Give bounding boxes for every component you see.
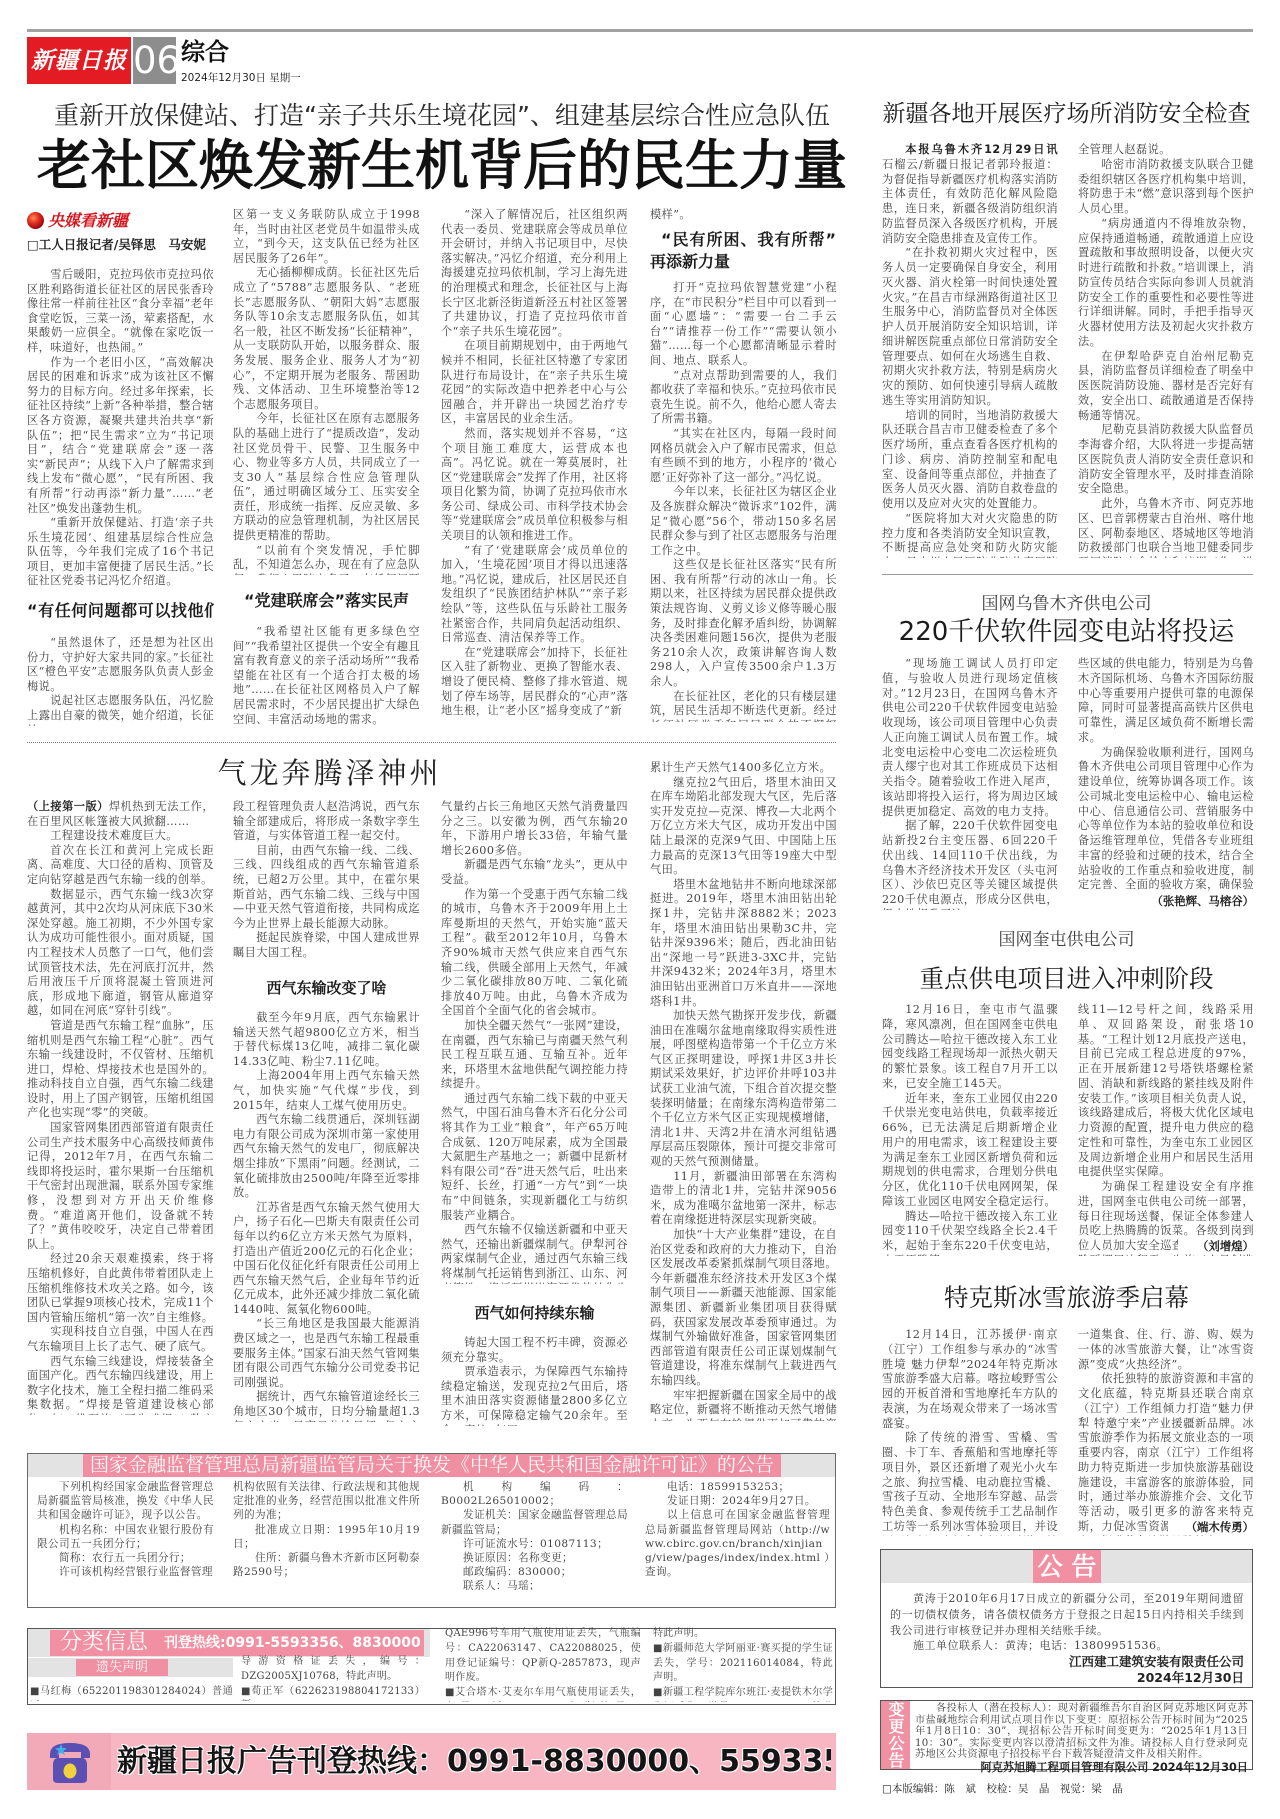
- paragraph: 各投标人（潜在投标人）：现对新疆维吾尔自治区阿克苏地区阿克苏市盐碱地综合利用试点…: [915, 1703, 1248, 1761]
- feature-column-2a: 段工程管理负责人赵浩鸿说，西气东输全部建成后，将形成一条数字孪生管道，与实体管道…: [233, 800, 420, 962]
- paragraph: 机构编码：B0002L265010002；: [441, 1480, 628, 1508]
- continued-from-label: （上接第一版）: [27, 800, 109, 813]
- paragraph: 许可证流水号：01087113；: [441, 1537, 628, 1551]
- telephone-icon: [47, 1739, 93, 1785]
- paragraph: 住所：新疆乌鲁木齐新市区阿勒泰路2590号；: [233, 1551, 420, 1579]
- paragraph: “重新开放保健站、打造‘亲子共乐生境花园’、组建基层综合性应急队伍等，今年我们完…: [27, 516, 214, 589]
- classified-item: 导游资格证丢失，编号：DZG2005XJ10768，特此声明。: [241, 1655, 425, 1685]
- top-rule: [27, 29, 1253, 32]
- paragraph: 为确保验收顺利进行，国网乌鲁木齐供电公司项目管理中心作为建设单位，统筹协调各项工…: [1078, 746, 1254, 894]
- paragraph: “其实在社区内，每隔一段时间网格员就会入户了解市民需求，但总有些顾不到的地方，小…: [650, 427, 837, 485]
- banner-text: 新疆日报广告刊登热线：0991-8830000、5593356: [117, 1733, 831, 1790]
- classified-item: 特此声明。: [653, 1627, 833, 1642]
- paragraph: 这些仅是长征社区落实“民有所困、我有所帮”行动的冰山一角。长期以来，社区持续为居…: [650, 558, 837, 689]
- paragraph-continued: 全管理人赵磊说。: [1078, 143, 1254, 158]
- tekes-headline: 特克斯冰雪旅游季启幕: [880, 1283, 1253, 1313]
- kuitun-column-2: 线11—12号杆之间，线路采用单、双回路架设，耐张塔10基。“工程计划12月底投…: [1078, 1003, 1254, 1256]
- tekes-column-2: 一道集食、住、行、游、购、娱为一体的冰雪旅游大餐，让“冰雪资源”变成“火热经济”…: [1078, 1328, 1254, 1536]
- feature-column-4: 累计生产天然气1400多亿立方米。 继克拉2气田后，塔里木油田又在库车坳陷北部发…: [650, 761, 837, 1421]
- feature-column-3a: 气量约占长三角地区天然气消费量四分之三。以安徽为例，西气东输20年，下游用户增长…: [441, 800, 628, 1284]
- paragraph: “点对点帮助到需要的人，我们都收获了幸福和快乐。”克拉玛依市民袁先生说。前不久，…: [650, 369, 837, 427]
- classifieds-column-4: 特此声明。 ■新疆师范大学阿丽亚·赛买提的学生证丢失，学号：2021160140…: [653, 1627, 833, 1702]
- paragraph-continued: 模样”。: [650, 208, 837, 223]
- classifieds-column-1: ■马红梅（652201198301284024）普通话: [30, 1685, 233, 1701]
- paragraph: 换证原因：名称变更；: [441, 1551, 628, 1565]
- paragraph: 贾承造表示，为保障西气东输持续稳定输送，发现克拉2气田后，塔里木油田落实资源储量…: [441, 1365, 628, 1426]
- substation-column-2: 些区域的供电能力，特别是为乌鲁木齐国际机场、乌鲁木齐国际纺服中心等重要用户提供可…: [1078, 657, 1254, 893]
- paragraph: 11月，新疆油田部署在东湾构造带上的清北1井，完钻井深9056米，成为准噶尔盆地…: [650, 1170, 837, 1228]
- paragraph: 电话：18599153253；: [645, 1480, 830, 1494]
- paragraph: “医院将加大对火灾隐患的防控力度和各类消防安全知识宣教，不断提高应急处突和防火防…: [882, 512, 1058, 558]
- paragraph: 联系人：马瑶；: [441, 1579, 628, 1590]
- paragraph: 尼勒克县消防救援大队监督员李海睿介绍，大队将进一步提高辖区医院负责人消防安全责任…: [1078, 423, 1254, 497]
- paragraph: “现场施工调试人员打印定值，与验收人员进行现场定值核对。”12月23日，在国网乌…: [882, 657, 1058, 819]
- author-credit: （端木传勇）: [1168, 1520, 1254, 1535]
- subheading-line-2: 再添新力量: [650, 251, 837, 272]
- paragraph: 工程建设技术难度巨大。: [27, 829, 214, 844]
- paragraph: 许可该机构经营银行业监督管理: [37, 1565, 214, 1579]
- classified-item: QAE996号车用气瓶使用证丢失，气瓶编号：CA22063147、CA22088…: [445, 1627, 641, 1686]
- classified-item: ■艾合塔木·艾麦尔车用气瓶使用证丢失，车号：新O1500L，气瓶编号：FRF07…: [445, 1686, 641, 1702]
- dotted-divider: [27, 742, 836, 743]
- paragraph: 此外，乌鲁木齐市、阿克苏地区、巴音郭楞蒙古自治州、喀什地区、阿勒泰地区、塔城地区…: [1078, 497, 1254, 558]
- paragraph: 西气东输不仅输送新疆和中亚天然气，还输出新疆煤制气。伊犁河谷两家煤制气企业，通过…: [441, 1223, 628, 1284]
- paragraph: 培训的同时，当地消防救援大队还联合昌吉市卫健委检查了多个医疗场所，重点查看各医疗…: [882, 409, 1058, 512]
- paragraph-continued: 一道集食、住、行、游、购、娱为一体的冰雪旅游大餐，让“冰雪资源”变成“火热经济”…: [1078, 1328, 1254, 1372]
- paragraph: 西气东输三线建设，焊接装备全面国产化。西气东输四线建设，用上数字化技术，施工全程…: [27, 1355, 214, 1415]
- feature-headline: 气龙奔腾泽神州: [27, 755, 632, 791]
- lead-column-1b: “虽然退休了，还是想为社区出份力，守护好大家共同的家。”长征社区“橙色平安”志愿…: [27, 636, 214, 726]
- author-credit: （刘增煌）: [1178, 1239, 1254, 1254]
- kuitun-column-1: 12月16日，奎屯市气温骤降，寒风凛冽，但在国网奎屯供电公司腾达—哈拉干德改接入…: [882, 1003, 1058, 1256]
- subheading: “有任何问题都可以找他们”: [27, 598, 214, 624]
- paragraph: “病房通道内不得堆放杂物，应保持通道畅通，疏散通道上应设置疏散和事故照明设备，以…: [1078, 217, 1254, 350]
- notice-title: 公 告: [1033, 1550, 1101, 1583]
- paragraph: 批准成立日期：1995年10月19日；: [233, 1523, 420, 1551]
- lead-kicker: 重新开放保健站、打造“亲子共乐生境花园”、组建基层综合性应急队伍: [27, 101, 857, 131]
- paragraph: 挺起民族脊梁，中国人建成世界瞩目大国工程。: [233, 931, 420, 960]
- feature-column-1: （上接第一版）焊机热到无法工作，在百里风区帐篷被大风掀翻…… 工程建设技术难度巨…: [27, 800, 214, 1415]
- paragraph: 继克拉2气田后，塔里木油田又在库车坳陷北部发现大气区，先后落实开发克拉—克深、博…: [650, 776, 837, 878]
- editor-credits: □本版编辑：陈 斌 校检：吴 晶 视觉：梁 晶: [882, 1783, 1123, 1796]
- logo-text: 新疆日报: [31, 47, 127, 74]
- fire-safety-column-2: 全管理人赵磊说。 哈密市消防救援支队联合卫健委组织辖区各医疗机构集中培训，将防患…: [1078, 143, 1254, 558]
- paragraph: 施工单位联系人：黄涛；电话：13809951536。: [890, 1638, 1244, 1654]
- paragraph-continued: 段工程管理负责人赵浩鸿说，西气东输全部建成后，将形成一条数字孪生管道，与实体管道…: [233, 800, 420, 844]
- lead-column-4a: 模样”。: [650, 208, 837, 224]
- issue-date: 2024年12月30日 星期一: [181, 72, 301, 84]
- author-credit: （张艳辉、马榕谷）: [1078, 894, 1254, 909]
- paragraph: 打开“克拉玛依智慧党建”小程序，在“市民积分”栏目中可以看到一面“心愿墙”：“需…: [650, 281, 837, 369]
- paragraph: 腾达—哈拉干德改接入东工业园变110千伏架空线路全长2.4千米，起始于奎东220…: [882, 1210, 1058, 1257]
- paragraph: 上海2004年用上西气东输天然气，加快实施“气代煤”步伐，到2015年，结束人工…: [233, 1069, 420, 1113]
- paragraph: 哈密市消防救援支队联合卫健委组织辖区各医疗机构集中培训，将防患于未“燃”意识落到…: [1078, 158, 1254, 217]
- notice-signature-company: 江西建工建筑安装有限责任公司: [890, 1654, 1244, 1670]
- lead-column-2a: 区第一支义务联防队成立于1998年，当时由社区老党员牛如温带头成立，“到今天，这…: [233, 208, 420, 575]
- paragraph: 加快全疆天然气“一张网”建设，在南疆，西气东输已与南疆天然气利民工程互联互通、互…: [441, 1019, 628, 1092]
- paragraph: 在伊犁哈萨克自治州尼勒克县，消防监督员详细检查了明垒中医医院消防设施、器材是否完…: [1078, 350, 1254, 424]
- paragraph: 今年，长征社区在原有志愿服务队的基础上进行了“提质改造”，发动社区党员骨干、民警…: [233, 412, 420, 543]
- paragraph: 经过20余天艰难摸索，终于将压缩机修好，自此黄伟带着团队走上压缩机维修技术攻关之…: [27, 1252, 214, 1325]
- paragraph-continued: 机构依照有关法律、行政法规和其他规定批准的业务，经营范围以批准文件所列的为准；: [233, 1480, 420, 1523]
- paragraph: 江苏省是西气东输天然气使用大户，扬子石化—巴斯夫有限责任公司每年以约6亿立方米天…: [233, 1201, 420, 1318]
- finance-column-2: 机构依照有关法律、行政法规和其他规定批准的业务，经营范围以批准文件所列的为准； …: [233, 1480, 420, 1590]
- kuitun-kicker: 国网奎屯供电公司: [880, 929, 1253, 951]
- paragraph: 无心插柳柳成荫。长征社区先后成立了“5788”志愿服务队、“老班长”志愿服务队、…: [233, 266, 420, 412]
- paragraph: 12月14日，江苏援伊·南京（江宁）工作组参与承办的“冰雪胜境 魅力伊犁”202…: [882, 1328, 1058, 1431]
- change-notice-signature: 阿克苏旭腾工程项目管理有限公司 2024年12月30日: [915, 1761, 1248, 1774]
- section-title: 综合: [181, 39, 229, 66]
- public-notice: 公 告 黄涛于2010年6月17日成立的新疆分公司，至2019年期间遗留的一切债…: [880, 1549, 1253, 1688]
- change-notice: 变更公告 各投标人（潜在投标人）：现对新疆维吾尔自治区阿克苏地区阿克苏市盐碱地综…: [880, 1700, 1253, 1770]
- page-number: 06: [133, 37, 176, 84]
- paragraph: “深入了解情况后，社区组织两代表一委员、党建联席会等成员单位开会研讨，并纳入书记…: [441, 208, 628, 339]
- paragraph-continued: 累计生产天然气1400多亿立方米。: [650, 761, 837, 776]
- lost-notice-label: 遗失声明: [76, 1659, 168, 1676]
- paragraph: 在项目前期规划中，由于两地气候并不相同，长征社区特邀了专家团队进行布局设计，在“…: [441, 339, 628, 427]
- notice-signature-date: 2024年12月30日: [890, 1670, 1244, 1686]
- classifieds-hotline: 刊登热线:0991-5593356、8830000: [164, 1630, 421, 1656]
- paragraph: “有了‘党建联席会’成员单位的加入，‘生境花园’项目才得以迅速落地。”冯忆说，建…: [441, 544, 628, 646]
- paragraph: 说起社区志愿服务队伍，冯忆脸上露出自豪的微笑，她介绍道，长征社: [27, 694, 214, 726]
- classifieds-header: 分类信息 刊登热线:0991-5593356、8830000: [50, 1630, 424, 1656]
- paragraph: 西气东输二线贯通后，深圳钰湖电力有限公司成为深圳市第一家使用西气东输天然气的发电…: [233, 1113, 420, 1201]
- newspaper-logo: 新疆日报: [27, 37, 131, 84]
- section-divider: [882, 574, 1253, 575]
- paragraph: “在扑救初期火灾过程中，医务人员一定要确保自身安全，利用灭火器、消火栓第一时间快…: [882, 246, 1058, 408]
- paragraph-continued: 区第一支义务联防队成立于1998年，当时由社区老党员牛如温带头成立，“到今天，这…: [233, 208, 420, 266]
- paragraph: 发证日期：2024年9月27日。: [645, 1494, 830, 1508]
- paragraph: 实现科技自立自强，中国人在西气东输项目上长了志气、硬了底气。: [27, 1325, 214, 1354]
- substation-headline: 220千伏软件园变电站将投运: [880, 617, 1253, 647]
- paragraph-text: 在长征社区，老化的只有楼层建筑，居民生活却不断迭代更新。经过长征社区党委和居民群…: [650, 690, 837, 722]
- classified-item: ■荀正军（622623198804172133）新: [241, 1685, 425, 1701]
- finance-column-3: 机构编码：B0002L265010002； 发证机关：国家金融监督管理总局新疆监…: [441, 1480, 628, 1590]
- classified-item: ■马红梅（652201198301284024）普通话: [30, 1685, 233, 1701]
- paragraph: 牢牢把握新疆在国家全局中的战略定位，新疆将不断推动天然气增储上产，为西气东输提供…: [650, 1389, 837, 1421]
- subheading-line-1: “民有所困、我有所帮”: [650, 229, 837, 250]
- paragraph: 黄涛于2010年6月17日成立的新疆分公司，至2019年期间遗留的一切债权债务，…: [890, 1591, 1244, 1638]
- byline: □工人日报记者/吴铎思 马安妮: [27, 237, 206, 252]
- feature-column-2b: 截至今年9月底，西气东输累计输送天然气超9800亿立方米，相当于替代标煤13亿吨…: [233, 1011, 420, 1422]
- paragraph: 依托独特的旅游资源和丰富的文化底蕴，特克斯县还联合南京（江宁）工作组倾力打造“魅…: [1078, 1372, 1254, 1536]
- subheading: “党建联席会”落实民声: [233, 588, 420, 614]
- lead-column-2b: “我希望社区能有更多绿色空间”“我希望社区提供一个安全有趣且富有教育意义的亲子活…: [233, 625, 420, 729]
- fire-safety-headline: 新疆各地开展医疗场所消防安全检查: [880, 99, 1253, 129]
- paragraph: 作为一个老旧小区，“高效解决居民的困难和诉求”成为该社区不懈努力的目标方向。经过…: [27, 356, 214, 517]
- fire-safety-column-1: 本报乌鲁木齐12月29日讯 石榴云/新疆日报记者郭玲报道：为督促指导新疆医疗机构…: [882, 143, 1058, 558]
- paragraph: 加快“十大产业集群”建设，在自治区党委和政府的大力推动下，自治区发展改革委紧抓煤…: [650, 1228, 837, 1389]
- paragraph: 12月16日，奎屯市气温骤降，寒风凛冽，但在国网奎屯供电公司腾达—哈拉干德改接入…: [882, 1003, 1058, 1092]
- tekes-column-1: 12月14日，江苏援伊·南京（江宁）工作组参与承办的“冰雪胜境 魅力伊犁”202…: [882, 1328, 1058, 1536]
- notice-body: 黄涛于2010年6月17日成立的新疆分公司，至2019年期间遗留的一切债权债务，…: [890, 1591, 1244, 1686]
- feature-column-3b: 铸起大国工程不朽丰碑，资源必须充分靠实。 贾承造表示，为保障西气东输持续稳定输送…: [441, 1336, 628, 1426]
- column-brand: 央媒看新疆: [27, 211, 128, 230]
- classified-item: ■新疆师范大学阿丽亚·赛买提的学生证丢失，学号：202116014084，特此声…: [653, 1642, 833, 1686]
- paragraph: 本报乌鲁木齐12月29日讯 石榴云/新疆日报记者郭玲报道：为督促指导新疆医疗机构…: [882, 143, 1058, 246]
- paragraph-continued: 线11—12号杆之间，线路采用单、双回路架设，耐张塔10基。“工程计划12月底投…: [1078, 1003, 1254, 1180]
- paragraph: 作为第一个受惠于西气东输二线的城市，乌鲁木齐于2009年用上土库曼斯坦的天然气，…: [441, 888, 628, 1019]
- paragraph: 据了解，220千伏软件园变电站新投2台主变压器、6回220千伏出线、14回110…: [882, 819, 1058, 910]
- paragraph: 近年来，奎东工业园仅由220千伏崇光变电站供电，负载率接近66%，已无法满足后期…: [882, 1092, 1058, 1210]
- red-sphere-icon: [27, 212, 44, 229]
- paragraph: 数据显示，西气东输一线3次穿越黄河，其中2次均从河床底下30米深处穿越。施工初期…: [27, 888, 214, 1019]
- classifieds-title: 分类信息: [60, 1630, 148, 1656]
- paragraph: 加快天然气勘探开发步伐，新疆油田在准噶尔盆地南缘取得实质性进展，呼图壁构造带第一…: [650, 1009, 837, 1170]
- finance-column-4: 电话：18599153253； 发证日期：2024年9月27日。 以上信息可在国…: [645, 1480, 830, 1590]
- classifieds-column-3: QAE996号车用气瓶使用证丢失，气瓶编号：CA22063147、CA22088…: [445, 1627, 641, 1702]
- lead-column-3: “深入了解情况后，社区组织两代表一委员、党建联席会等成员单位开会研讨，并纳入书记…: [441, 208, 628, 721]
- paragraph: 铸起大国工程不朽丰碑，资源必须充分靠实。: [441, 1336, 628, 1365]
- paragraph: 发证机关：国家金融监督管理总局新疆监管局；: [441, 1508, 628, 1536]
- change-notice-body: 各投标人（潜在投标人）：现对新疆维吾尔自治区阿克苏地区阿克苏市盐碱地综合利用试点…: [915, 1703, 1248, 1774]
- classifieds-column-2: 导游资格证丢失，编号：DZG2005XJ10768，特此声明。 ■荀正军（622…: [241, 1655, 425, 1701]
- brand-label: 央媒看新疆: [48, 211, 128, 230]
- finance-column-1: 下列机构经国家金融监督管理总局新疆监管局核准，换发《中华人民共和国金融许可证》，…: [37, 1480, 214, 1590]
- substation-column-1: “现场施工调试人员打印定值，与验收人员进行现场定值核对。”12月23日，在国网乌…: [882, 657, 1058, 910]
- paragraph: “长三角地区是我国最大能源消费区域之一，也是西气东输工程最重要服务主体。”国家石…: [233, 1317, 420, 1390]
- paragraph: 然而，落实规划并不容易，“这个项目施工难度大，运营成本也高”。冯忆说。就在一筹莫…: [441, 427, 628, 544]
- paragraph-text: 石榴云/新疆日报记者郭玲报道：为督促指导新疆医疗机构落实消防主体责任，有效防范化…: [882, 158, 1058, 245]
- paragraph: 简称：农行五一兵团分行；: [37, 1551, 214, 1565]
- paragraph-continued: 些区域的供电能力，特别是为乌鲁木齐国际机场、乌鲁木齐国际纺服中心等重要用户提供可…: [1078, 657, 1254, 746]
- paragraph: 邮政编码：830000；: [441, 1565, 628, 1579]
- lead-column-1a: 雪后暖阳，克拉玛依市克拉玛依区胜利路街道长征社区的居民张香玲像往常一样前往社区“…: [27, 268, 214, 591]
- paragraph: 以上信息可在国家金融监督管理总局新疆监督管理局网站（http://www.cbi…: [645, 1508, 830, 1579]
- paragraph-continued: 气量约占长三角地区天然气消费量四分之三。以安徽为例，西气东输20年，下游用户增长…: [441, 800, 628, 858]
- paragraph: 机构名称：中国农业银行股份有限公司五一兵团分行；: [37, 1523, 214, 1551]
- subheading: 西气东输改变了啥: [233, 975, 420, 1001]
- change-notice-label: 变更公告: [881, 1701, 910, 1769]
- paragraph: 据统计，西气东输管道途经长三角地区30个城市，日均分输量超1.3亿立方米，最高日…: [233, 1390, 420, 1422]
- paragraph: “虽然退休了，还是想为社区出份力，守护好大家共同的家。”长征社区“橙色平安”志愿…: [27, 636, 214, 694]
- paragraph: 在长征社区，老化的只有楼层建筑，居民生活却不断迭代更新。经过长征社区党委和居民群…: [650, 690, 837, 722]
- paragraph: 在“党建联席会”加持下，长征社区入驻了新物业、更换了智能水表、增设了便民椅、整修…: [441, 646, 628, 719]
- ad-hotline-banner: 新疆日报广告刊登热线：0991-8830000、5593356: [27, 1733, 836, 1790]
- kuitun-headline: 重点供电项目进入冲刺阶段: [880, 964, 1253, 994]
- paragraph: 今年以来，长征社区为辖区企业及各族群众解决“微诉求”102件，满足“微心愿”56…: [650, 485, 837, 558]
- paragraph: 下列机构经国家金融监督管理总局新疆监管局核准，换发《中华人民共和国金融许可证》，…: [37, 1480, 214, 1523]
- paragraph: 管道是西气东输工程“血脉”，压缩机则是西气东输工程“心脏”。西气东输一线建设时，…: [27, 1019, 214, 1121]
- notice-title: 国家金融监督管理总局新疆监管局关于换发《中华人民共和国金融许可证》的公告: [83, 1454, 781, 1477]
- paragraph: “我希望社区能有更多绿色空间”“我希望社区提供一个安全有趣且富有教育意义的亲子活…: [233, 625, 420, 727]
- classified-item: ■新疆工程学院库尔班江·麦提铁木尔学生证丢失，学号：202221249，特此声明…: [653, 1686, 833, 1702]
- paragraph: “以前有个突发情况，手忙脚乱，不知道怎么办，现在有了应急队伍，我们心里踏实多了，…: [233, 544, 420, 575]
- paragraph-continued: （上接第一版）焊机热到无法工作，在百里风区帐篷被大风掀翻……: [27, 800, 214, 829]
- paragraph: 新疆是西气东输“龙头”，更从中受益。: [441, 858, 628, 887]
- paragraph: 国家管网集团西部管道有限责任公司生产技术服务中心高级技师黄伟记得，2012年7月…: [27, 1121, 214, 1252]
- substation-kicker: 国网乌鲁木齐供电公司: [880, 593, 1253, 615]
- lead-headline: 老社区焕发新生机背后的民生力量: [27, 136, 857, 196]
- paragraph: 通过西气东输二线下载的中亚天然气，中国石油乌鲁木齐石化分公司将其作为工业“粮食”…: [441, 1092, 628, 1223]
- paragraph: 塔里木盆地钻井不断向地球深部挺进。2019年，塔里木油田钻出轮探1井，完钻井深8…: [650, 878, 837, 1009]
- paragraph: 雪后暖阳，克拉玛依市克拉玛依区胜利路街道长征社区的居民张香玲像往常一样前往社区“…: [27, 268, 214, 356]
- lead-column-4b: 打开“克拉玛依智慧党建”小程序，在“市民积分”栏目中可以看到一面“心愿墙”：“需…: [650, 281, 837, 722]
- paragraph: 截至今年9月底，西气东输累计输送天然气超9800亿立方米，相当于替代标煤13亿吨…: [233, 1011, 420, 1069]
- paragraph: 目前，由西气东输一线、二线、三线、四线组成的西气东输管道系统，已超2万公里。其中…: [233, 844, 420, 932]
- paragraph: 除了传统的滑雪、雪橇、雪圈、卡丁车、香蕉船和雪地摩托等项目外，景区还新增了观光小…: [882, 1431, 1058, 1536]
- dateline: 本报乌鲁木齐12月29日讯: [905, 143, 1058, 156]
- paragraph: 首次在长江和黄河上完成长距离、高难度、大口径的盾构、顶管及定向钻穿越是西气东输一…: [27, 844, 214, 888]
- subheading: 西气如何持续东输: [441, 1300, 628, 1326]
